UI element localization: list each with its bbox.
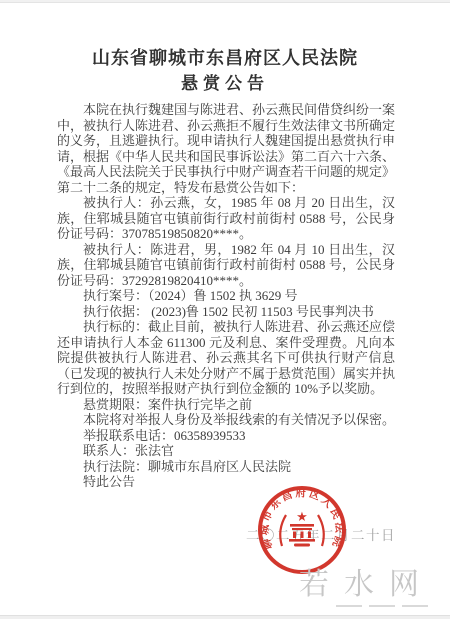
watermark-caption-lines xyxy=(329,594,428,612)
caption-bar xyxy=(369,605,395,607)
case-number-line: 执行案号：（2024）鲁 1502 执 3629 号 xyxy=(57,288,395,304)
debtor-1-paragraph: 被执行人：孙云燕，女，1985 年 08 月 20 日出生，汉族，住郓城县随官屯… xyxy=(57,195,395,242)
execution-target-paragraph: 执行标的：截止目前，被执行人陈进君、孙云燕还应偿还申请执行人本金 611300 … xyxy=(57,319,395,397)
national-emblem-icon: ★ xyxy=(280,510,324,547)
page-top-edge xyxy=(0,0,450,3)
execution-basis-line: 执行依据： (2023)鲁 1502 民初 11503 号民事判决书 xyxy=(57,304,395,320)
report-phone-line: 举报联系电话：06358939533 xyxy=(57,428,395,444)
execution-court-line: 执行法院：聊城市东昌府区人民法院 xyxy=(57,459,395,475)
confidentiality-line: 本院将对举报人身份及举报线索的有关情况予以保密。 xyxy=(57,412,395,428)
intro-paragraph: 本院在执行魏建国与陈进君、孙云燕民间借贷纠纷一案中，被执行人陈进君、孙云燕拒不履… xyxy=(57,102,395,195)
notice-body: 本院在执行魏建国与陈进君、孙云燕民间借贷纠纷一案中，被执行人陈进君、孙云燕拒不履… xyxy=(57,102,395,490)
page-bottom-edge xyxy=(0,615,450,619)
notice-title: 悬赏公告 xyxy=(0,72,450,95)
caption-bar xyxy=(402,605,428,607)
court-title: 山东省聊城市东昌府区人民法院 xyxy=(0,0,450,70)
contact-person-line: 联系人：张法官 xyxy=(57,443,395,459)
reward-period-line: 悬赏期限：案件执行完毕之前 xyxy=(57,397,395,413)
svg-text:★: ★ xyxy=(296,510,308,525)
scanned-notice-page: 山东省聊城市东昌府区人民法院 悬赏公告 本院在执行魏建国与陈进君、孙云燕民间借贷… xyxy=(0,0,450,619)
caption-bar xyxy=(336,605,362,607)
debtor-2-paragraph: 被执行人：陈进君，男，1982 年 04 月 10 日出生，汉族，住郓城县随官屯… xyxy=(57,242,395,289)
